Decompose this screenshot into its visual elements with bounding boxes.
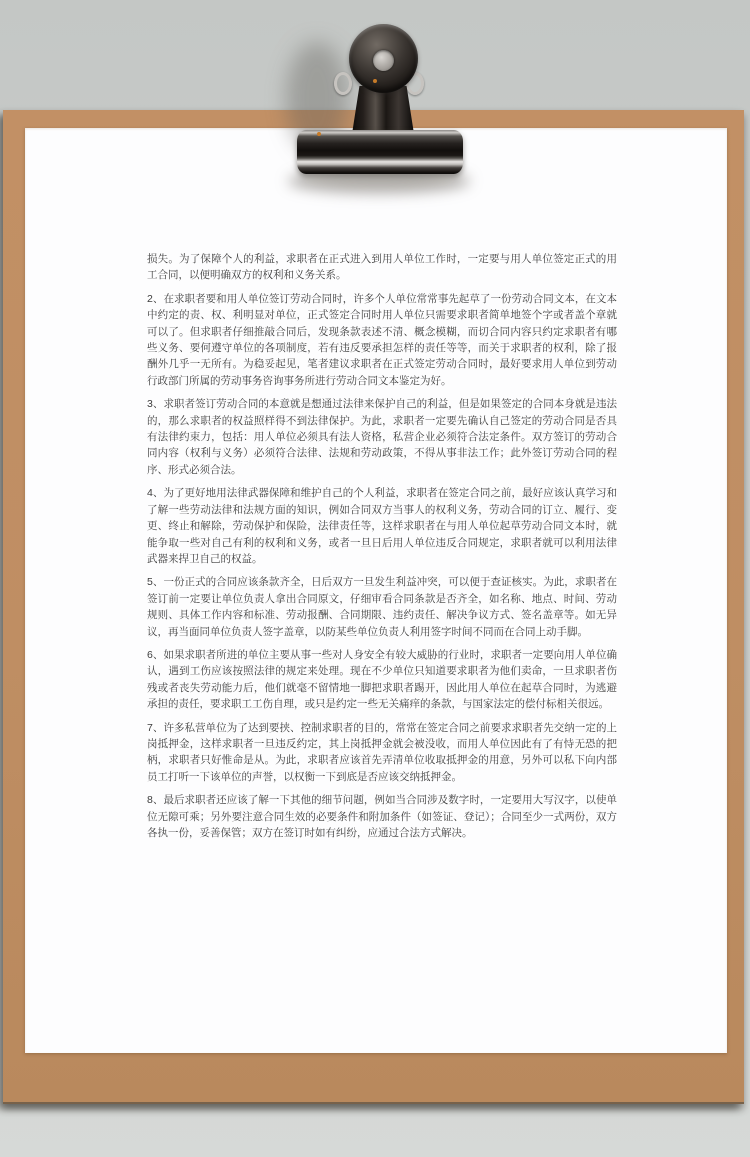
paragraph-5: 5、一份正式的合同应该条款齐全，日后双方一旦发生利益冲突，可以便于查证核实。为此… bbox=[147, 574, 617, 640]
clip-wire-loop-left-icon bbox=[334, 72, 352, 95]
clip-glint bbox=[317, 132, 321, 136]
clipboard-board: 损失。为了保障个人的利益，求职者在正式进入到用人单位工作时，一定要与用人单位签定… bbox=[3, 110, 744, 1104]
paragraph-8: 8、最后求职者还应该了解一下其他的细节问题，例如当合同涉及数字时，一定要用大写汉… bbox=[147, 792, 617, 841]
clip-center-hole bbox=[373, 50, 394, 71]
clip-glint bbox=[373, 79, 377, 83]
paragraph-3: 3、求职者签订劳动合同的本意就是想通过法律来保护自己的利益，但是如果签定的合同本… bbox=[147, 396, 617, 478]
paragraph-7: 7、许多私营单位为了达到要挟、控制求职者的目的，常常在签定合同之前要求求职者先交… bbox=[147, 720, 617, 786]
paragraph-4: 4、为了更好地用法律武器保障和维护自己的个人利益，求职者在签定合同之前，最好应该… bbox=[147, 485, 617, 567]
document-text: 损失。为了保障个人的利益，求职者在正式进入到用人单位工作时，一定要与用人单位签定… bbox=[147, 251, 617, 848]
clip-neck bbox=[352, 86, 414, 134]
clip-clamp-bar bbox=[297, 130, 463, 174]
scene-background: 损失。为了保障个人的利益，求职者在正式进入到用人单位工作时，一定要与用人单位签定… bbox=[0, 0, 750, 1157]
paragraph-6: 6、如果求职者所进的单位主要从事一些对人身安全有较大威胁的行业时，求职者一定要向… bbox=[147, 647, 617, 713]
paragraph-intro: 损失。为了保障个人的利益，求职者在正式进入到用人单位工作时，一定要与用人单位签定… bbox=[147, 251, 617, 284]
clip-spring-circle bbox=[349, 24, 418, 93]
paper-sheet: 损失。为了保障个人的利益，求职者在正式进入到用人单位工作时，一定要与用人单位签定… bbox=[25, 128, 727, 1053]
paragraph-2: 2、在求职者要和用人单位签订劳动合同时，许多个人单位常常事先起草了一份劳动合同文… bbox=[147, 291, 617, 389]
